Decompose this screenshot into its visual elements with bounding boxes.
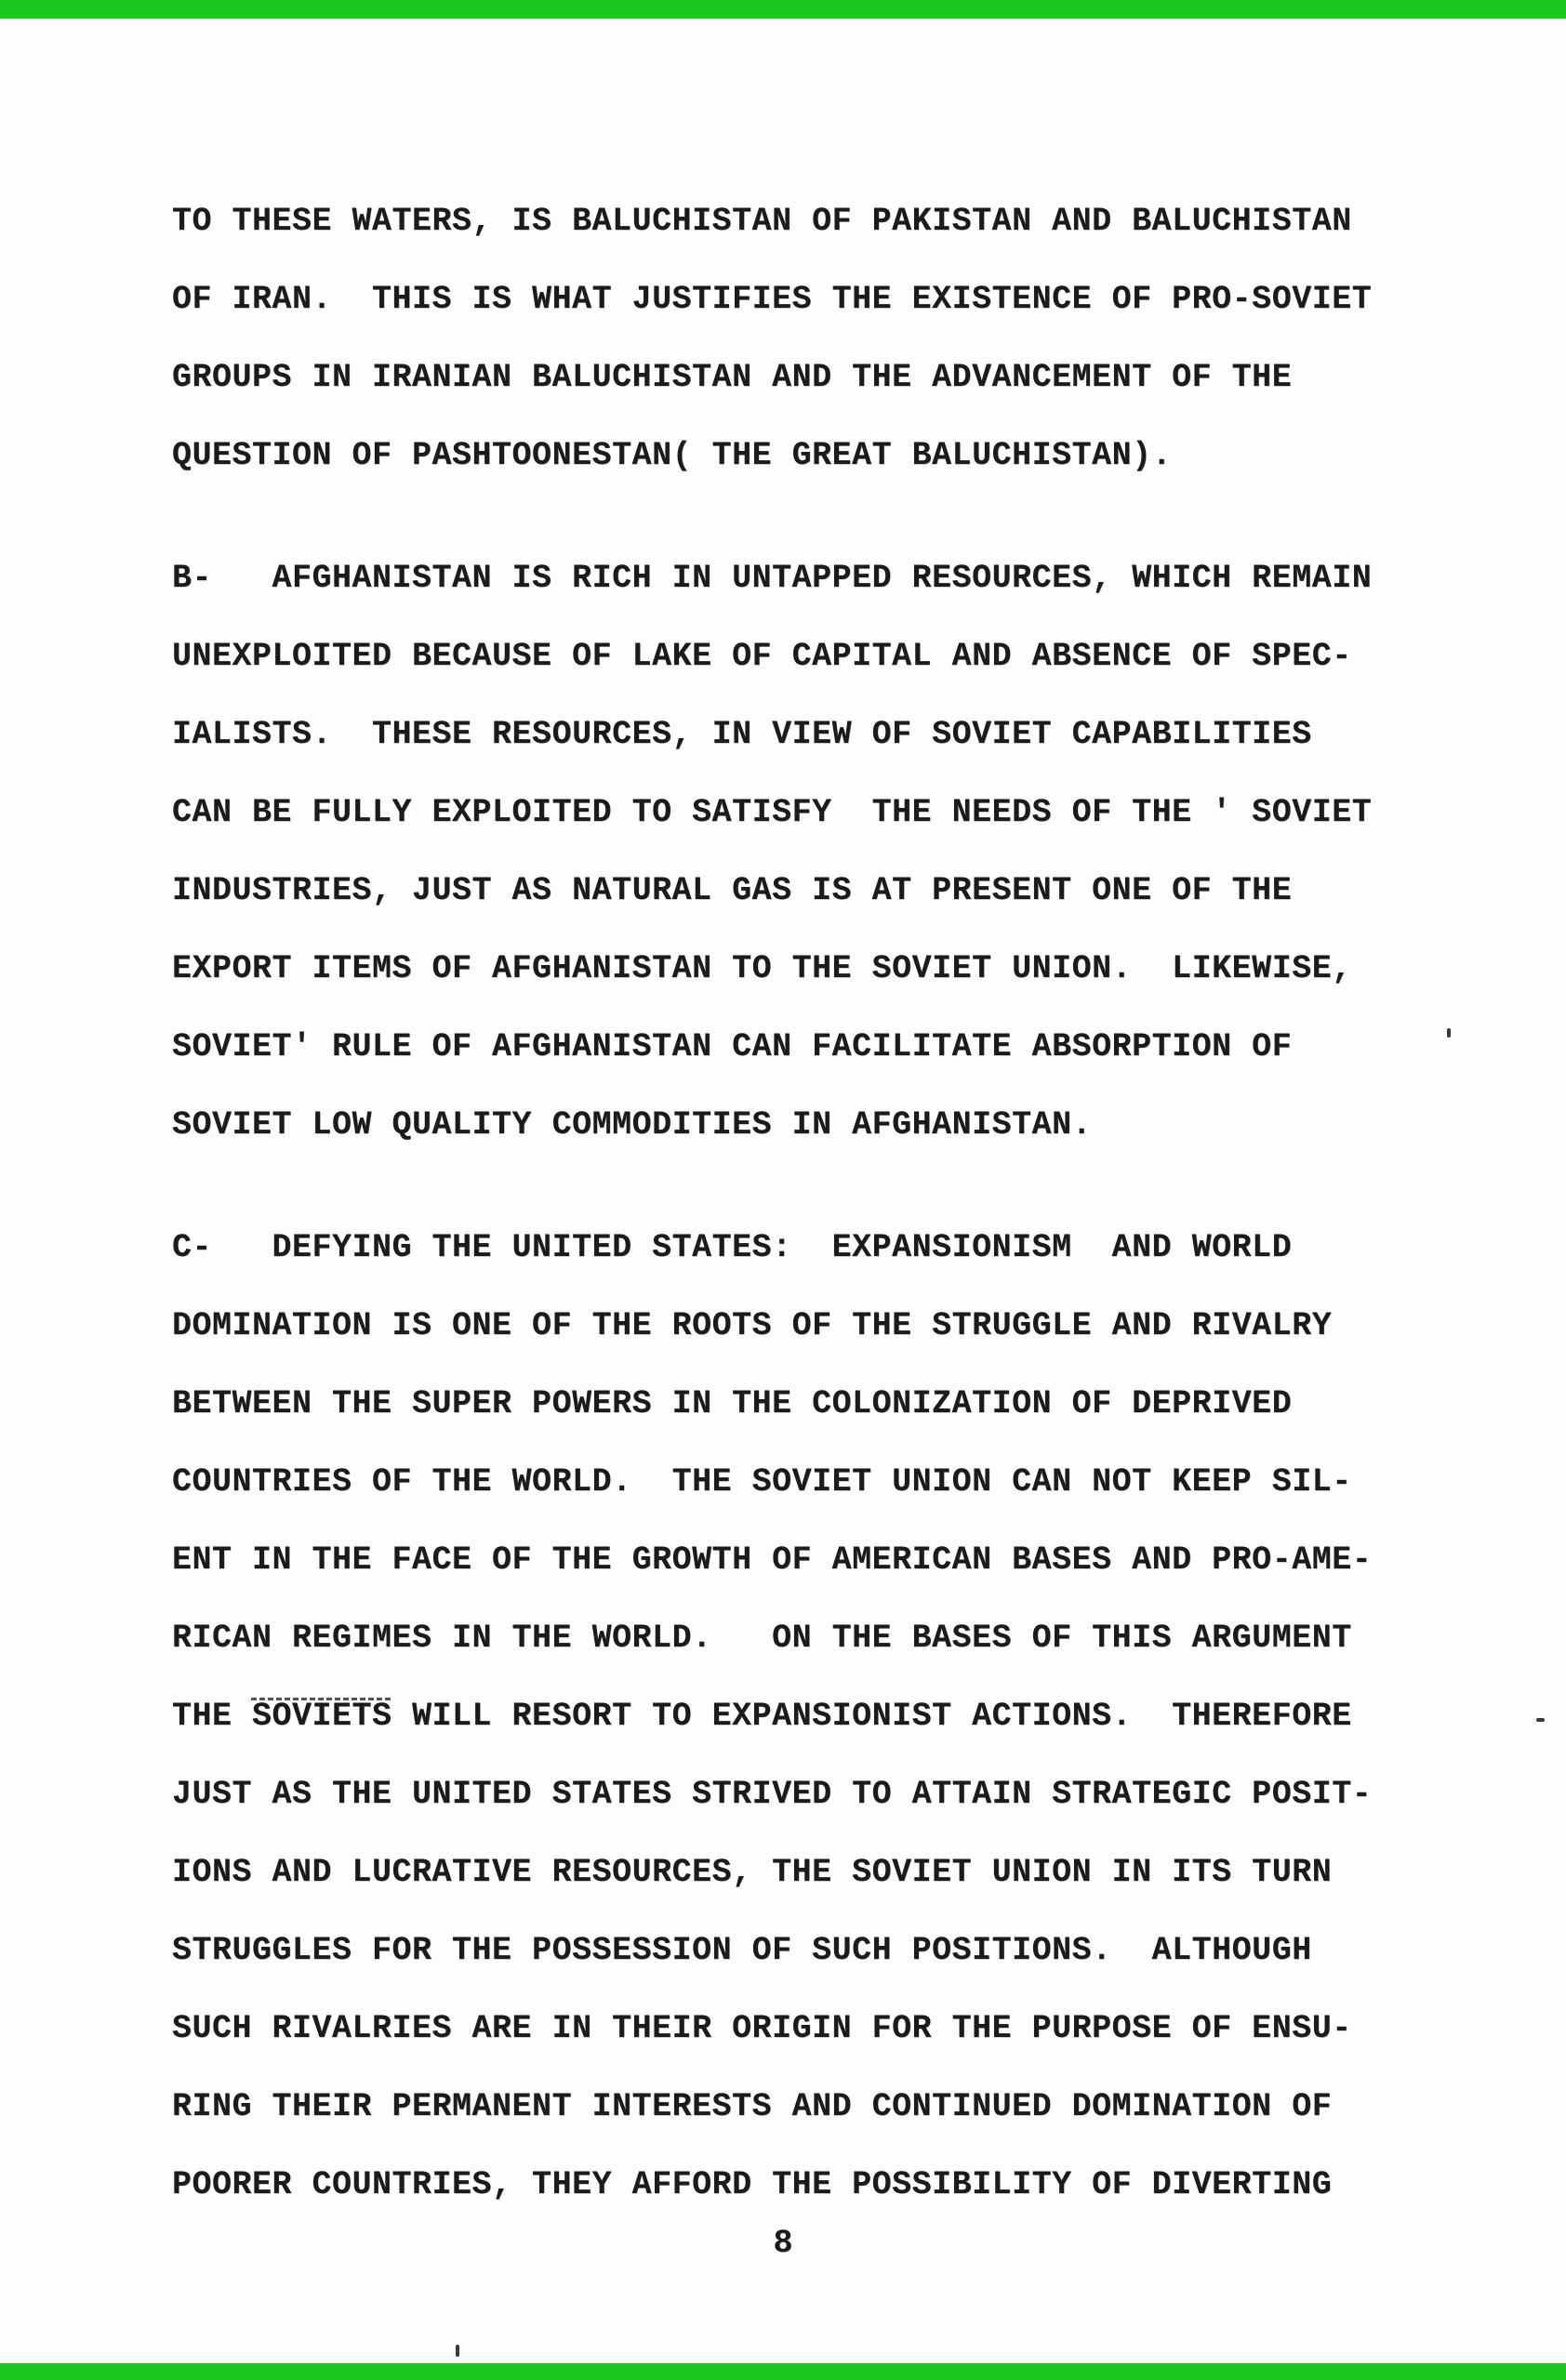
document-line: C- DEFYING THE UNITED STATES: EXPANSIONI… xyxy=(172,1209,1372,1287)
paragraph-point-b: B- AFGHANISTAN IS RICH IN UNTAPPED RESOU… xyxy=(172,539,1372,1164)
document-line: ENT IN THE FACE OF THE GROWTH OF AMERICA… xyxy=(172,1521,1372,1599)
document-line: IONS AND LUCRATIVE RESOURCES, THE SOVIET… xyxy=(172,1833,1372,1911)
document-line: RICAN REGIMES IN THE WORLD. ON THE BASES… xyxy=(172,1599,1372,1677)
document-line: BETWEEN THE SUPER POWERS IN THE COLONIZA… xyxy=(172,1365,1372,1443)
page-number: 8 xyxy=(0,2228,1566,2260)
document-line: COUNTRIES OF THE WORLD. THE SOVIET UNION… xyxy=(172,1443,1372,1521)
document-line: CAN BE FULLY EXPLOITED TO SATISFY THE NE… xyxy=(172,773,1372,852)
document-line: UNEXPLOITED BECAUSE OF LAKE OF CAPITAL A… xyxy=(172,617,1372,695)
document-line: DOMINATION IS ONE OF THE ROOTS OF THE ST… xyxy=(172,1287,1372,1365)
scanned-document-page: TO THESE WATERS, IS BALUCHISTAN OF PAKIS… xyxy=(0,0,1566,2380)
document-line: GROUPS IN IRANIAN BALUCHISTAN AND THE AD… xyxy=(172,338,1372,416)
document-body: TO THESE WATERS, IS BALUCHISTAN OF PAKIS… xyxy=(172,182,1372,2224)
document-line: OF IRAN. THIS IS WHAT JUSTIFIES THE EXIS… xyxy=(172,260,1372,338)
scan-speck xyxy=(1447,1028,1451,1038)
typewriter-overstrike-mark xyxy=(251,1698,391,1700)
document-line: INDUSTRIES, JUST AS NATURAL GAS IS AT PR… xyxy=(172,852,1372,930)
document-line: RING THEIR PERMANENT INTERESTS AND CONTI… xyxy=(172,2068,1372,2146)
paragraph-point-c: C- DEFYING THE UNITED STATES: EXPANSIONI… xyxy=(172,1209,1372,2224)
scanner-edge-artifact-top xyxy=(0,0,1566,19)
document-line: SUCH RIVALRIES ARE IN THEIR ORIGIN FOR T… xyxy=(172,1990,1372,2068)
document-line: QUESTION OF PASHTOONESTAN( THE GREAT BAL… xyxy=(172,416,1372,495)
scan-speck xyxy=(456,2345,459,2357)
document-line: TO THESE WATERS, IS BALUCHISTAN OF PAKIS… xyxy=(172,182,1372,260)
document-line: THE SOVIETS WILL RESORT TO EXPANSIONIST … xyxy=(172,1677,1372,1755)
document-line: POORER COUNTRIES, THEY AFFORD THE POSSIB… xyxy=(172,2146,1372,2224)
document-line: JUST AS THE UNITED STATES STRIVED TO ATT… xyxy=(172,1755,1372,1833)
document-line: IALISTS. THESE RESOURCES, IN VIEW OF SOV… xyxy=(172,695,1372,773)
scanner-edge-artifact-bottom xyxy=(0,2363,1566,2380)
document-line: SOVIET LOW QUALITY COMMODITIES IN AFGHAN… xyxy=(172,1086,1372,1164)
paragraph-intro: TO THESE WATERS, IS BALUCHISTAN OF PAKIS… xyxy=(172,182,1372,495)
document-line: EXPORT ITEMS OF AFGHANISTAN TO THE SOVIE… xyxy=(172,930,1372,1008)
document-line: B- AFGHANISTAN IS RICH IN UNTAPPED RESOU… xyxy=(172,539,1372,617)
document-line: SOVIET' RULE OF AFGHANISTAN CAN FACILITA… xyxy=(172,1008,1372,1086)
scan-speck xyxy=(1536,1718,1545,1722)
document-line: STRUGGLES FOR THE POSSESSION OF SUCH POS… xyxy=(172,1911,1372,1990)
